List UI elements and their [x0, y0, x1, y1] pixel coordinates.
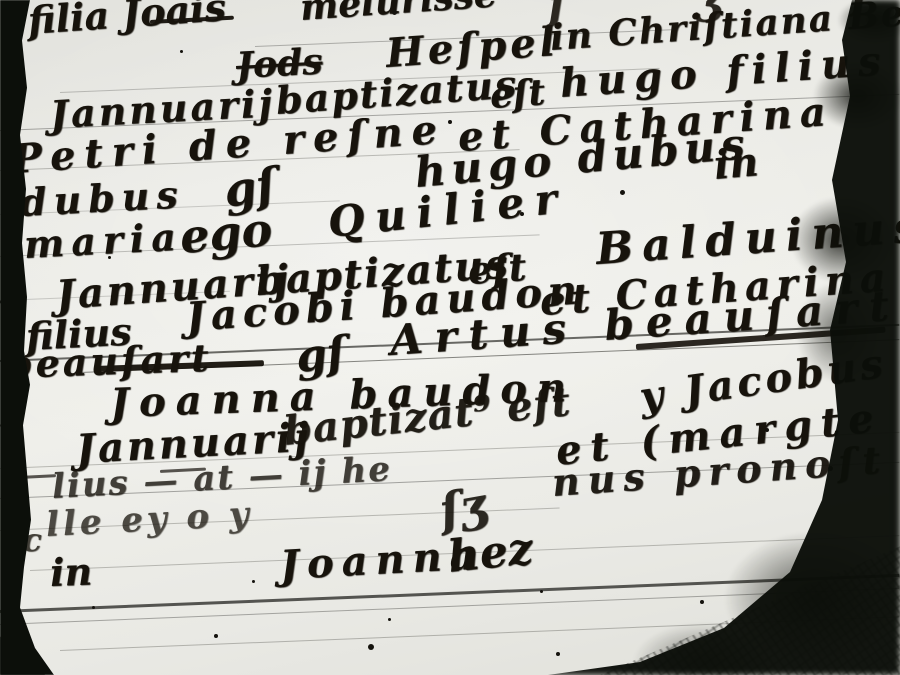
manuscript-page: filia Joaismelurisseſ ʒ ſJodsHeſpelin Ch… [0, 0, 900, 675]
right-shadow-halo [0, 0, 900, 675]
